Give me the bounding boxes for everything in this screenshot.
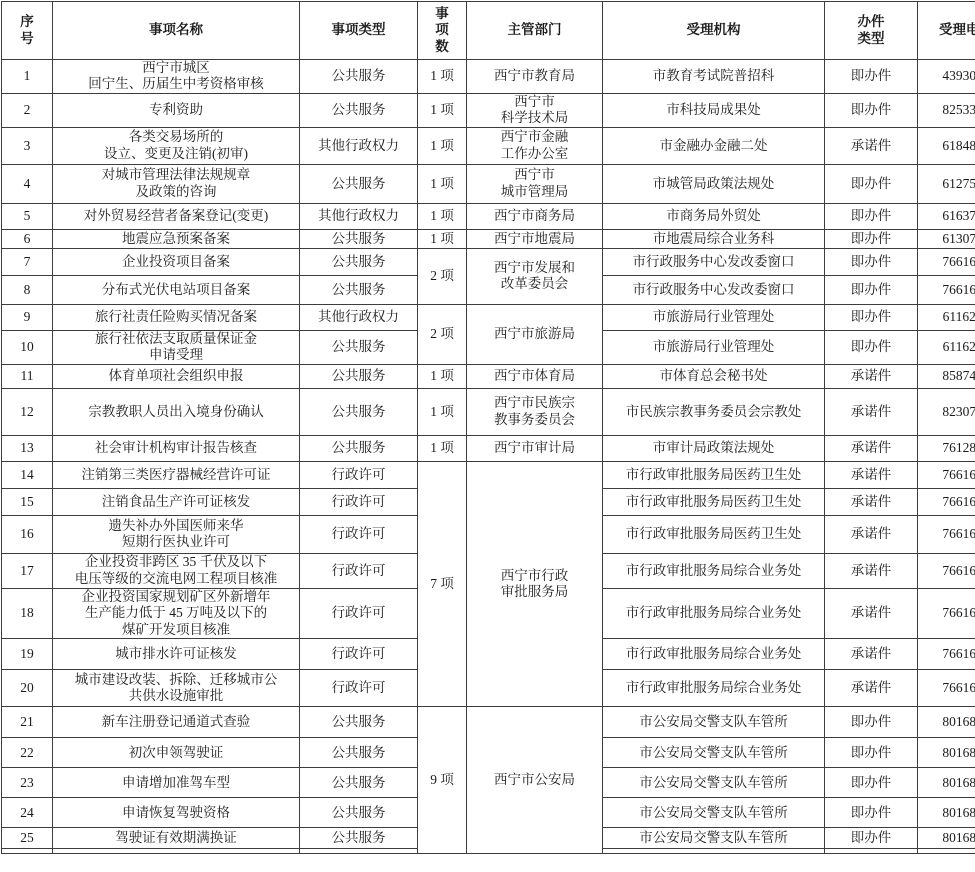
- cell-name: 体育单项社会组织申报: [53, 364, 300, 388]
- cell-count: 1 项: [418, 229, 467, 248]
- cell-type: 公共服务: [300, 60, 418, 94]
- table-row: 1西宁市城区 回宁生、历届生中考资格审核公共服务1 项西宁市教育局市教育考试院普…: [2, 60, 975, 94]
- cell-no: 9: [2, 304, 53, 330]
- cell-phone: 8016889: [918, 828, 975, 849]
- cell-agency: 市公安局交警支队车管所: [603, 828, 825, 849]
- cell-case_type: [825, 849, 918, 854]
- cell-case_type: 即办件: [825, 203, 918, 229]
- service-items-table: 序 号事项名称事项类型事 项 数主管部门受理机构办件 类型受理电话 1西宁市城区…: [1, 1, 975, 854]
- table-row: 4对城市管理法律法规规章 及政策的咨询公共服务1 项西宁市 城市管理局市城管局政…: [2, 164, 975, 203]
- column-header-2: 事项类型: [300, 2, 418, 60]
- cell-agency: 市行政审批服务局综合业务处: [603, 553, 825, 588]
- cell-case_type: 即办件: [825, 248, 918, 275]
- cell-agency: 市公安局交警支队车管所: [603, 738, 825, 768]
- column-header-5: 受理机构: [603, 2, 825, 60]
- cell-phone: 8587458: [918, 364, 975, 388]
- cell-name: 社会审计机构审计报告核查: [53, 435, 300, 461]
- cell-agency: 市公安局交警支队车管所: [603, 707, 825, 738]
- cell-count: 1 项: [418, 388, 467, 435]
- cell-dept: 西宁市 科学技术局: [467, 93, 603, 127]
- cell-type: 行政许可: [300, 488, 418, 515]
- cell-type: 公共服务: [300, 768, 418, 798]
- cell-no: 22: [2, 738, 53, 768]
- cell-dept: 西宁市商务局: [467, 203, 603, 229]
- cell-name: 对外贸易经营者备案登记(变更): [53, 203, 300, 229]
- column-header-1: 事项名称: [53, 2, 300, 60]
- cell-phone: 7661667: [918, 553, 975, 588]
- cell-count: 1 项: [418, 203, 467, 229]
- table-row: 2专利资助公共服务1 项西宁市 科学技术局市科技局成果处即办件8253349: [2, 93, 975, 127]
- cell-type: 公共服务: [300, 229, 418, 248]
- cell-no: 4: [2, 164, 53, 203]
- column-header-6: 办件 类型: [825, 2, 918, 60]
- cell-phone: 6184845: [918, 127, 975, 164]
- cell-agency: 市民族宗教事务委员会宗教处: [603, 388, 825, 435]
- cell-count: 2 项: [418, 248, 467, 304]
- cell-name: 旅行社责任险购买情况备案: [53, 304, 300, 330]
- cell-case_type: 承诺件: [825, 488, 918, 515]
- cell-phone: 8016889: [918, 798, 975, 828]
- cell-dept: 西宁市地震局: [467, 229, 603, 248]
- cell-type: 公共服务: [300, 707, 418, 738]
- cell-no: 15: [2, 488, 53, 515]
- cell-case_type: 即办件: [825, 798, 918, 828]
- cell-phone: 7661665: [918, 588, 975, 638]
- cell-type: 行政许可: [300, 588, 418, 638]
- cell-no: 8: [2, 275, 53, 304]
- table-header: 序 号事项名称事项类型事 项 数主管部门受理机构办件 类型受理电话: [2, 2, 975, 60]
- cell-type: 公共服务: [300, 93, 418, 127]
- table-row: 6地震应急预案备案公共服务1 项西宁市地震局市地震局综合业务科即办件613079…: [2, 229, 975, 248]
- cell-no: 3: [2, 127, 53, 164]
- cell-case_type: 承诺件: [825, 461, 918, 488]
- cell-type: 公共服务: [300, 798, 418, 828]
- cell-type: 公共服务: [300, 164, 418, 203]
- cell-agency: 市体育总会秘书处: [603, 364, 825, 388]
- cell-count: 2 项: [418, 304, 467, 364]
- cell-phone: 7661679: [918, 275, 975, 304]
- cell-type: 公共服务: [300, 435, 418, 461]
- cell-case_type: 承诺件: [825, 639, 918, 670]
- cell-no: 5: [2, 203, 53, 229]
- cell-count: 1 项: [418, 127, 467, 164]
- cell-phone: 8016889: [918, 707, 975, 738]
- cell-agency: 市旅游局行业管理处: [603, 304, 825, 330]
- header-row: 序 号事项名称事项类型事 项 数主管部门受理机构办件 类型受理电话: [2, 2, 975, 60]
- cell-agency: 市行政审批服务局医药卫生处: [603, 461, 825, 488]
- table-body: 1西宁市城区 回宁生、历届生中考资格审核公共服务1 项西宁市教育局市教育考试院普…: [2, 60, 975, 854]
- cell-no: 12: [2, 388, 53, 435]
- cell-case_type: 即办件: [825, 768, 918, 798]
- cell-count: 9 项: [418, 707, 467, 854]
- cell-dept: 西宁市 城市管理局: [467, 164, 603, 203]
- cell-name: 宗教教职人员出入境身份确认: [53, 388, 300, 435]
- cell-dept: 西宁市体育局: [467, 364, 603, 388]
- cell-type: 其他行政权力: [300, 304, 418, 330]
- cell-case_type: 即办件: [825, 60, 918, 94]
- cell-case_type: 承诺件: [825, 435, 918, 461]
- cell-no: 18: [2, 588, 53, 638]
- service-table-page: 序 号事项名称事项类型事 项 数主管部门受理机构办件 类型受理电话 1西宁市城区…: [0, 0, 975, 872]
- cell-phone: 8016889: [918, 738, 975, 768]
- column-header-4: 主管部门: [467, 2, 603, 60]
- cell-phone: 7661667: [918, 639, 975, 670]
- cell-dept: 西宁市公安局: [467, 707, 603, 854]
- cell-name: 驾驶证有效期满换证: [53, 828, 300, 849]
- column-header-3: 事 项 数: [418, 2, 467, 60]
- cell-phone: 6163713: [918, 203, 975, 229]
- cell-case_type: 即办件: [825, 304, 918, 330]
- cell-no: 19: [2, 639, 53, 670]
- cell-type: 公共服务: [300, 275, 418, 304]
- cell-no: 10: [2, 330, 53, 364]
- cell-name: 注销第三类医疗器械经营许可证: [53, 461, 300, 488]
- cell-case_type: 即办件: [825, 828, 918, 849]
- cell-phone: 6116265: [918, 330, 975, 364]
- cell-name: 分布式光伏电站项目备案: [53, 275, 300, 304]
- cell-no: 2: [2, 93, 53, 127]
- cell-agency: 市城管局政策法规处: [603, 164, 825, 203]
- cell-phone: 8016889: [918, 768, 975, 798]
- cell-no: [2, 849, 53, 854]
- cell-type: 行政许可: [300, 461, 418, 488]
- cell-name: 城市排水许可证核发: [53, 639, 300, 670]
- cell-name: 城市建设改装、拆除、迁移城市公 共供水设施审批: [53, 670, 300, 707]
- cell-no: 7: [2, 248, 53, 275]
- cell-name: 新车注册登记通道式查验: [53, 707, 300, 738]
- cell-count: 1 项: [418, 60, 467, 94]
- cell-phone: 6130796: [918, 229, 975, 248]
- cell-name: 企业投资非跨区 35 千伏及以下 电压等级的交流电网工程项目核准: [53, 553, 300, 588]
- cell-type: 公共服务: [300, 248, 418, 275]
- cell-agency: 市行政审批服务局综合业务处: [603, 670, 825, 707]
- cell-agency: 市行政审批服务局综合业务处: [603, 639, 825, 670]
- cell-name: 注销食品生产许可证核发: [53, 488, 300, 515]
- cell-phone: 7661679: [918, 248, 975, 275]
- cell-name: [53, 849, 300, 854]
- cell-phone: 7661661: [918, 515, 975, 553]
- cell-phone: 7612856: [918, 435, 975, 461]
- cell-no: 17: [2, 553, 53, 588]
- cell-case_type: 即办件: [825, 738, 918, 768]
- cell-name: 对城市管理法律法规规章 及政策的咨询: [53, 164, 300, 203]
- cell-no: 6: [2, 229, 53, 248]
- cell-count: 1 项: [418, 435, 467, 461]
- cell-case_type: 承诺件: [825, 670, 918, 707]
- cell-case_type: 承诺件: [825, 515, 918, 553]
- cell-type: 公共服务: [300, 738, 418, 768]
- cell-name: 申请恢复驾驶资格: [53, 798, 300, 828]
- cell-dept: 西宁市审计局: [467, 435, 603, 461]
- cell-phone: 4393051: [918, 60, 975, 94]
- cell-phone: 8230759: [918, 388, 975, 435]
- cell-case_type: 即办件: [825, 707, 918, 738]
- cell-type: 行政许可: [300, 515, 418, 553]
- cell-no: 1: [2, 60, 53, 94]
- cell-agency: 市教育考试院普招科: [603, 60, 825, 94]
- cell-name: 西宁市城区 回宁生、历届生中考资格审核: [53, 60, 300, 94]
- cell-phone: 7661661: [918, 461, 975, 488]
- cell-name: 初次申领驾驶证: [53, 738, 300, 768]
- cell-phone: 6127556: [918, 164, 975, 203]
- cell-type: 其他行政权力: [300, 203, 418, 229]
- cell-no: 16: [2, 515, 53, 553]
- cell-case_type: 即办件: [825, 164, 918, 203]
- table-row: 3各类交易场所的 设立、变更及注销(初审)其他行政权力1 项西宁市金融 工作办公…: [2, 127, 975, 164]
- cell-type: 公共服务: [300, 364, 418, 388]
- cell-type: 行政许可: [300, 639, 418, 670]
- cell-case_type: 承诺件: [825, 388, 918, 435]
- cell-type: 其他行政权力: [300, 127, 418, 164]
- column-header-7: 受理电话: [918, 2, 975, 60]
- cell-name: 申请增加准驾车型: [53, 768, 300, 798]
- cell-name: 遗失补办外国医师来华 短期行医执业许可: [53, 515, 300, 553]
- table-row: 5对外贸易经营者备案登记(变更)其他行政权力1 项西宁市商务局市商务局外贸处即办…: [2, 203, 975, 229]
- cell-no: 24: [2, 798, 53, 828]
- table-row: 13社会审计机构审计报告核查公共服务1 项西宁市审计局市审计局政策法规处承诺件7…: [2, 435, 975, 461]
- cell-case_type: 即办件: [825, 275, 918, 304]
- cell-case_type: 承诺件: [825, 127, 918, 164]
- cell-count: 1 项: [418, 93, 467, 127]
- cell-name: 各类交易场所的 设立、变更及注销(初审): [53, 127, 300, 164]
- cell-agency: 市行政服务中心发改委窗口: [603, 275, 825, 304]
- cell-agency: 市科技局成果处: [603, 93, 825, 127]
- cell-type: 公共服务: [300, 388, 418, 435]
- cell-name: 专利资助: [53, 93, 300, 127]
- cell-agency: [603, 849, 825, 854]
- cell-phone: 7661661: [918, 488, 975, 515]
- cell-no: 14: [2, 461, 53, 488]
- cell-count: 7 项: [418, 461, 467, 706]
- cell-type: 公共服务: [300, 828, 418, 849]
- cell-dept: 西宁市民族宗 教事务委员会: [467, 388, 603, 435]
- cell-case_type: 即办件: [825, 330, 918, 364]
- table-row: 7企业投资项目备案公共服务2 项西宁市发展和 改革委员会市行政服务中心发改委窗口…: [2, 248, 975, 275]
- cell-agency: 市行政服务中心发改委窗口: [603, 248, 825, 275]
- cell-name: 企业投资项目备案: [53, 248, 300, 275]
- cell-no: 21: [2, 707, 53, 738]
- cell-agency: 市公安局交警支队车管所: [603, 768, 825, 798]
- cell-dept: 西宁市行政 审批服务局: [467, 461, 603, 706]
- cell-name: 旅行社依法支取质量保证金 申请受理: [53, 330, 300, 364]
- cell-name: 企业投资国家规划矿区外新增年 生产能力低于 45 万吨及以下的 煤矿开发项目核准: [53, 588, 300, 638]
- cell-phone: 7661665: [918, 670, 975, 707]
- cell-agency: 市商务局外贸处: [603, 203, 825, 229]
- cell-agency: 市行政审批服务局综合业务处: [603, 588, 825, 638]
- cell-no: 13: [2, 435, 53, 461]
- cell-case_type: 承诺件: [825, 364, 918, 388]
- cell-phone: 8253349: [918, 93, 975, 127]
- column-header-0: 序 号: [2, 2, 53, 60]
- cell-type: 行政许可: [300, 670, 418, 707]
- cell-count: 1 项: [418, 164, 467, 203]
- cell-case_type: 承诺件: [825, 553, 918, 588]
- cell-case_type: 即办件: [825, 229, 918, 248]
- cell-phone: 6116265: [918, 304, 975, 330]
- cell-agency: 市行政审批服务局医药卫生处: [603, 515, 825, 553]
- cell-agency: 市行政审批服务局医药卫生处: [603, 488, 825, 515]
- cell-dept: 西宁市金融 工作办公室: [467, 127, 603, 164]
- cell-agency: 市金融办金融二处: [603, 127, 825, 164]
- cell-agency: 市审计局政策法规处: [603, 435, 825, 461]
- cell-case_type: 承诺件: [825, 588, 918, 638]
- table-row: 14注销第三类医疗器械经营许可证行政许可7 项西宁市行政 审批服务局市行政审批服…: [2, 461, 975, 488]
- cell-type: 公共服务: [300, 330, 418, 364]
- cell-dept: 西宁市旅游局: [467, 304, 603, 364]
- cell-dept: 西宁市教育局: [467, 60, 603, 94]
- cell-type: 行政许可: [300, 553, 418, 588]
- cell-no: 25: [2, 828, 53, 849]
- cell-agency: 市旅游局行业管理处: [603, 330, 825, 364]
- cell-type: [300, 849, 418, 854]
- cell-agency: 市公安局交警支队车管所: [603, 798, 825, 828]
- table-row: 9旅行社责任险购买情况备案其他行政权力2 项西宁市旅游局市旅游局行业管理处即办件…: [2, 304, 975, 330]
- cell-agency: 市地震局综合业务科: [603, 229, 825, 248]
- cell-phone: [918, 849, 975, 854]
- cell-count: 1 项: [418, 364, 467, 388]
- cell-name: 地震应急预案备案: [53, 229, 300, 248]
- cell-no: 11: [2, 364, 53, 388]
- cell-no: 23: [2, 768, 53, 798]
- table-row: 12宗教教职人员出入境身份确认公共服务1 项西宁市民族宗 教事务委员会市民族宗教…: [2, 388, 975, 435]
- table-row: 11体育单项社会组织申报公共服务1 项西宁市体育局市体育总会秘书处承诺件8587…: [2, 364, 975, 388]
- cell-no: 20: [2, 670, 53, 707]
- table-row: 21新车注册登记通道式查验公共服务9 项西宁市公安局市公安局交警支队车管所即办件…: [2, 707, 975, 738]
- cell-case_type: 即办件: [825, 93, 918, 127]
- cell-dept: 西宁市发展和 改革委员会: [467, 248, 603, 304]
